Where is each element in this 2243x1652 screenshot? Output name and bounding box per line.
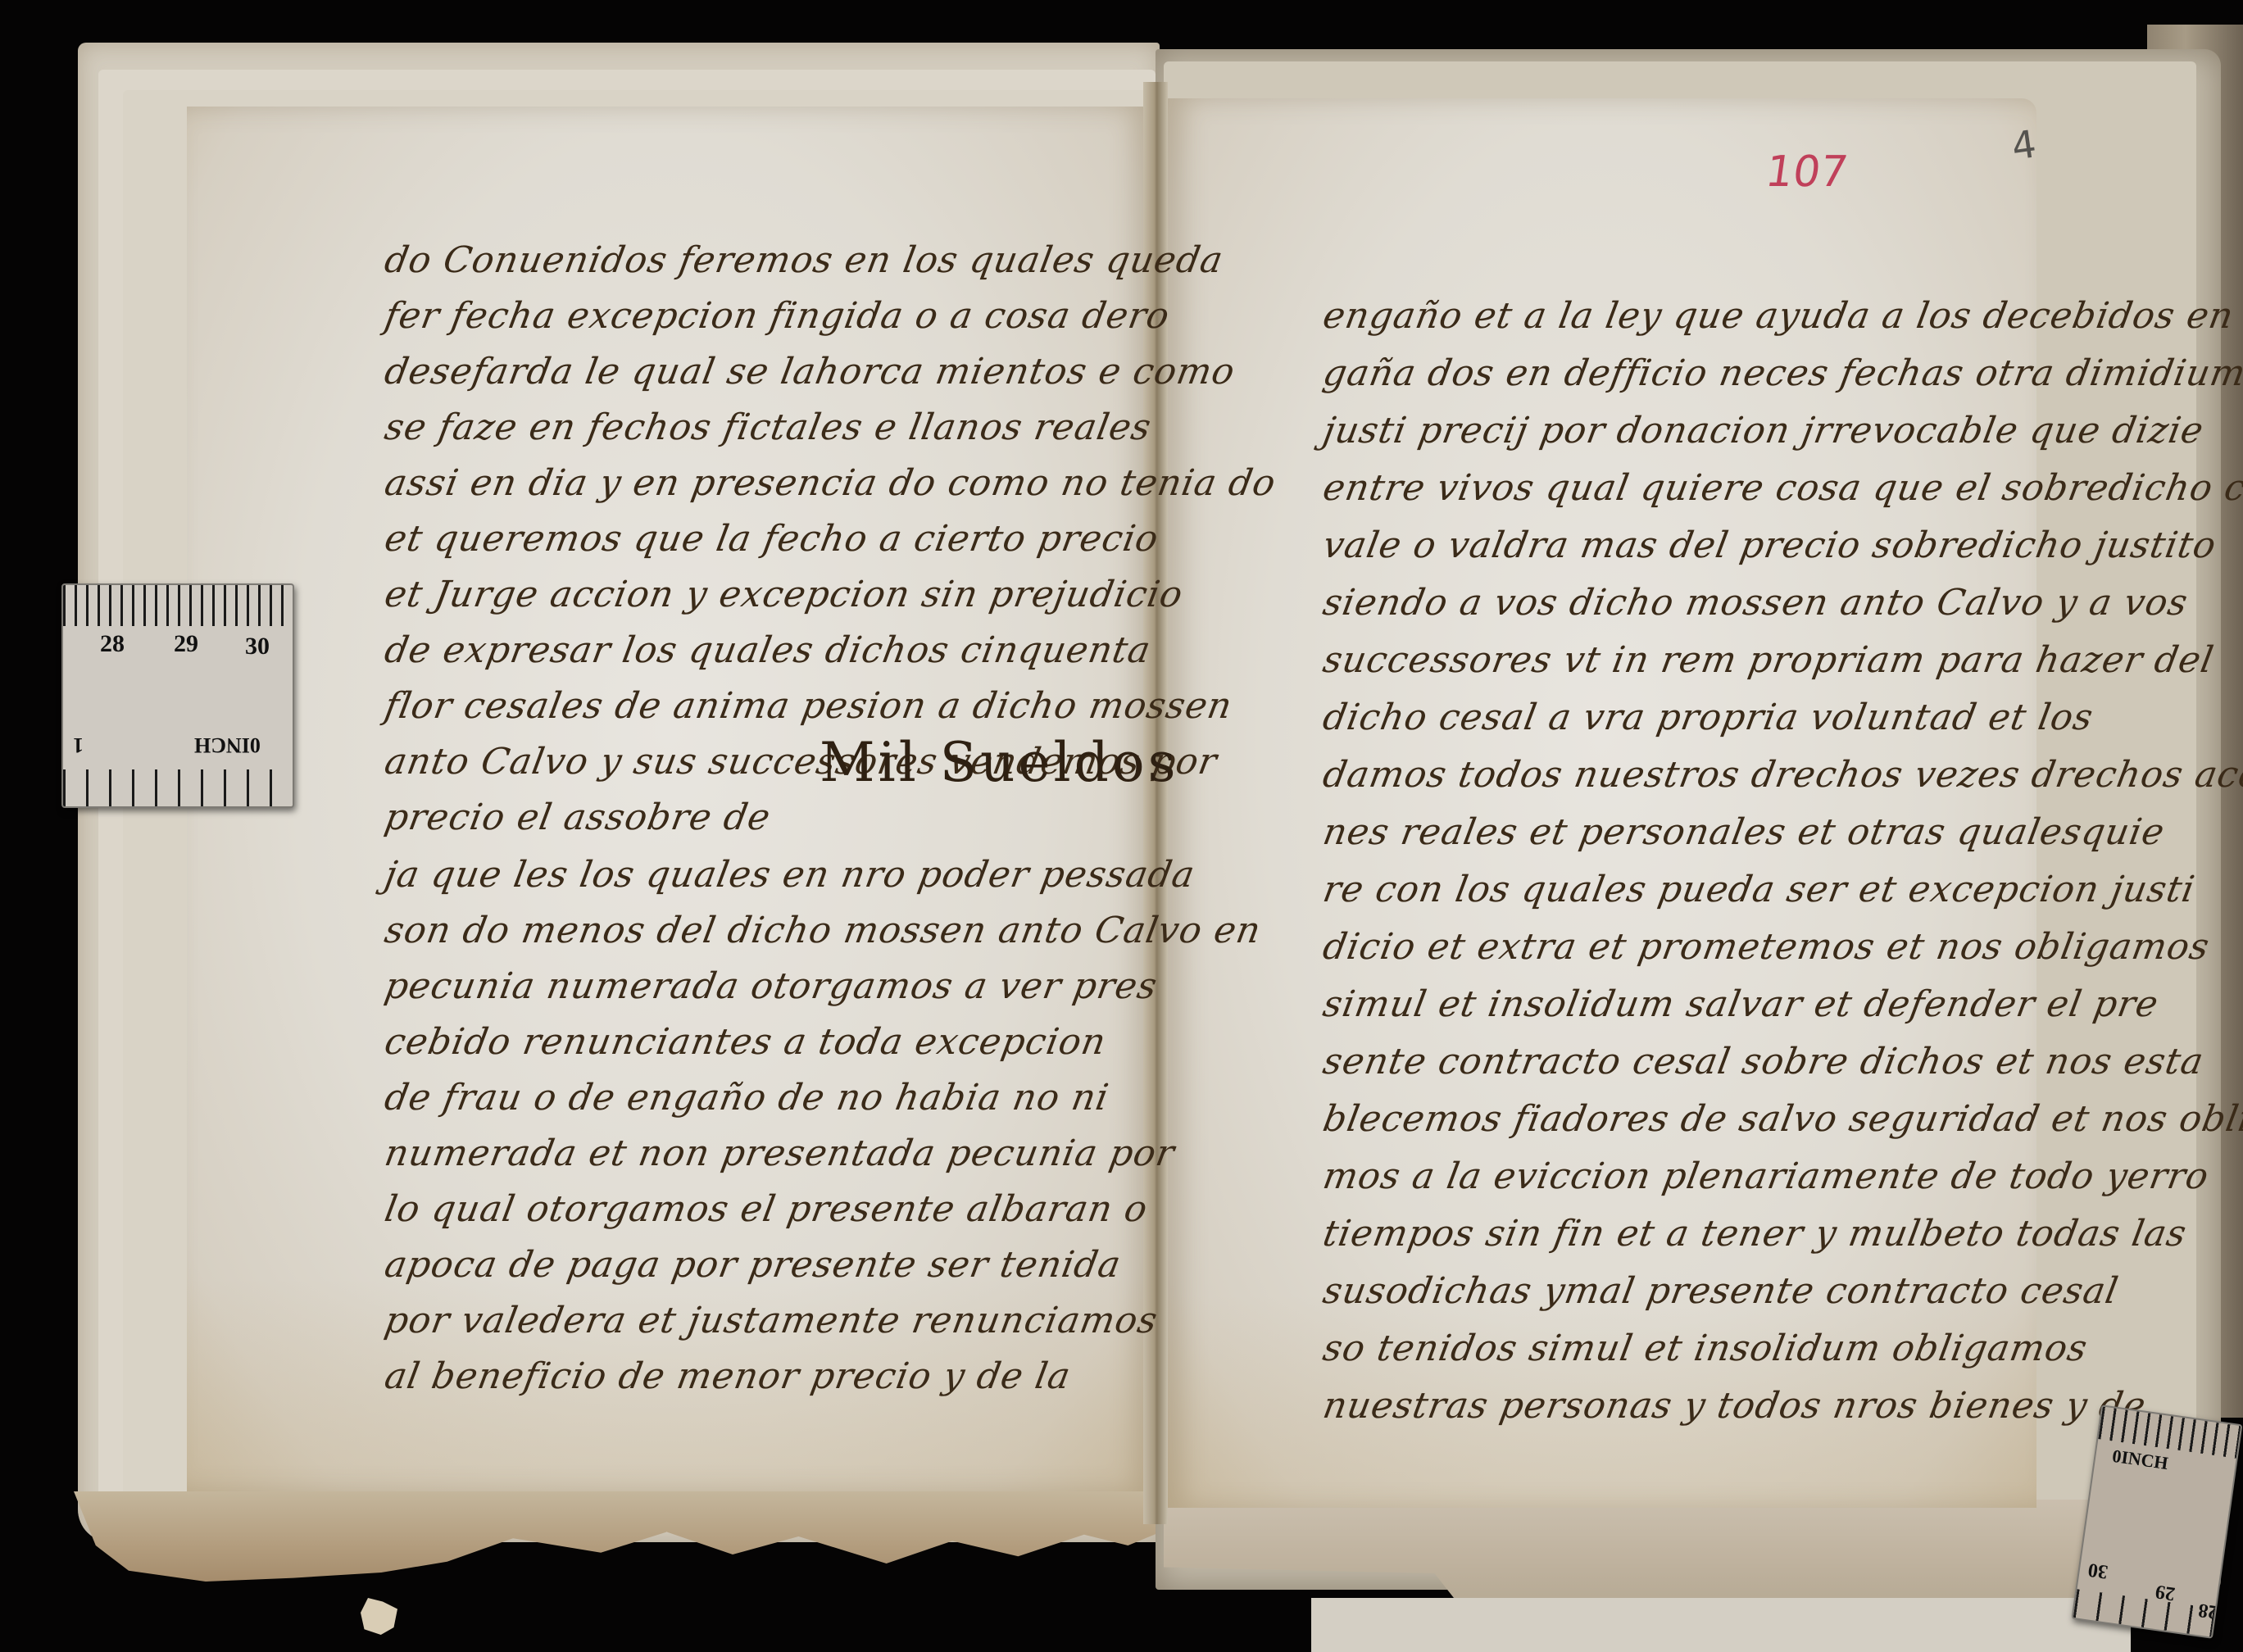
text-line: precio el assobre de [382,796,774,838]
underlying-leaves [1311,1598,2131,1652]
text-line: engaño et a la ley que ayuda a los deceb… [1320,295,2237,337]
text-line: de frau o de engaño de no habia no ni [382,1077,1113,1119]
text-line: damos todos nuestros drechos vezes drech… [1320,754,2243,796]
text-line: vale o valdra mas del precio sobredicho … [1320,524,2220,566]
text-line: siendo a vos dicho mossen anto Calvo y a… [1320,582,2191,624]
text-line: do Conuenidos feremos en los quales qued… [382,239,1227,281]
text-line: nes reales et personales et otras quales… [1320,811,2168,853]
text-line: de expresar los quales dichos cinquenta [382,629,1155,671]
text-line: son do menos del dicho mossen anto Calvo… [382,910,1265,951]
text-line: por valedera et justamente renunciamos [382,1300,1161,1341]
text-line: mos a la eviccion plenariamente de todo … [1320,1155,2213,1197]
text-line: pecunia numerada otorgamos a ver pres [382,965,1161,1007]
ruler-ticks-inch [63,769,293,806]
text-line: tiempos sin fin et a tener y mulbeto tod… [1320,1213,2191,1255]
text-line: successores vt in rem propriam para haze… [1320,639,2218,681]
text-line: flor cesales de anima pesion a dicho mos… [382,685,1236,727]
amount-emphasis: Mil Sueldos [820,731,1179,794]
ruler-number: 28 [100,630,125,658]
text-line: entre vivos qual quiere cosa que el sobr… [1320,467,2243,509]
text-line: ja que les los quales en nro poder pessa… [382,854,1199,896]
left-torn-bottom-edge [74,1491,1172,1582]
text-line: simul et insolidum salvar et defender el… [1320,983,2162,1025]
ruler-ticks [63,585,293,626]
scale-ruler-right: 0INCH 30 29 28 [2071,1405,2242,1639]
text-line: et Jurge accion y excepcion sin prejudic… [382,574,1187,615]
text-line: al beneficio de menor precio y de la [382,1355,1074,1397]
text-line: apoca de paga por presente ser tenida [382,1244,1124,1286]
text-line: blecemos fiadores de salvo seguridad et … [1320,1098,2243,1140]
scale-ruler-left: 28 29 30 0INCH 1 [61,583,294,808]
text-line: et queremos que la fecho a cierto precio [382,518,1162,560]
ruler-number: 30 [245,633,270,660]
text-line: dicio et extra et prometemos et nos obli… [1320,926,2213,968]
text-line: numerada et non presentada pecunia por [382,1132,1178,1174]
text-line: se faze en fechos fictales e llanos real… [382,406,1155,448]
paper-fragment [361,1598,397,1635]
ruler-unit-label: 0INCH [194,733,261,757]
text-line: nuestras personas y todos nros bienes y … [1320,1385,2150,1427]
text-line: dicho cesal a vra propria voluntad et lo… [1320,697,2097,738]
ruler-number: 29 [174,630,198,658]
text-line: desefarda le qual se lahorca mientos e c… [382,351,1239,393]
text-line: assi en dia y en presencia do como no te… [382,462,1279,504]
ruler-inch-mark: 1 [73,733,84,757]
text-line: lo qual otorgamos el presente albaran o [382,1188,1151,1230]
text-line: so tenidos simul et insolidum obligamos [1320,1327,2091,1369]
text-line: re con los quales pueda ser et excepcion… [1320,869,2199,910]
text-line: cebido renunciantes a toda excepcion [382,1021,1110,1063]
text-line: gaña dos en defficio neces fechas otra d… [1320,352,2243,394]
text-line: justi precij por donacion jrrevocable qu… [1320,410,2208,452]
text-line: fer fecha excepcion fingida o a cosa der… [382,295,1174,337]
text-line: susodichas ymal presente contracto cesal [1320,1270,2123,1312]
text-line: sente contracto cesal sobre dichos et no… [1320,1041,2208,1082]
ruler-number: 30 [2086,1558,2109,1582]
ruler-unit-label: 0INCH [2111,1445,2169,1474]
folio-number-red: 107 [1763,147,1851,197]
